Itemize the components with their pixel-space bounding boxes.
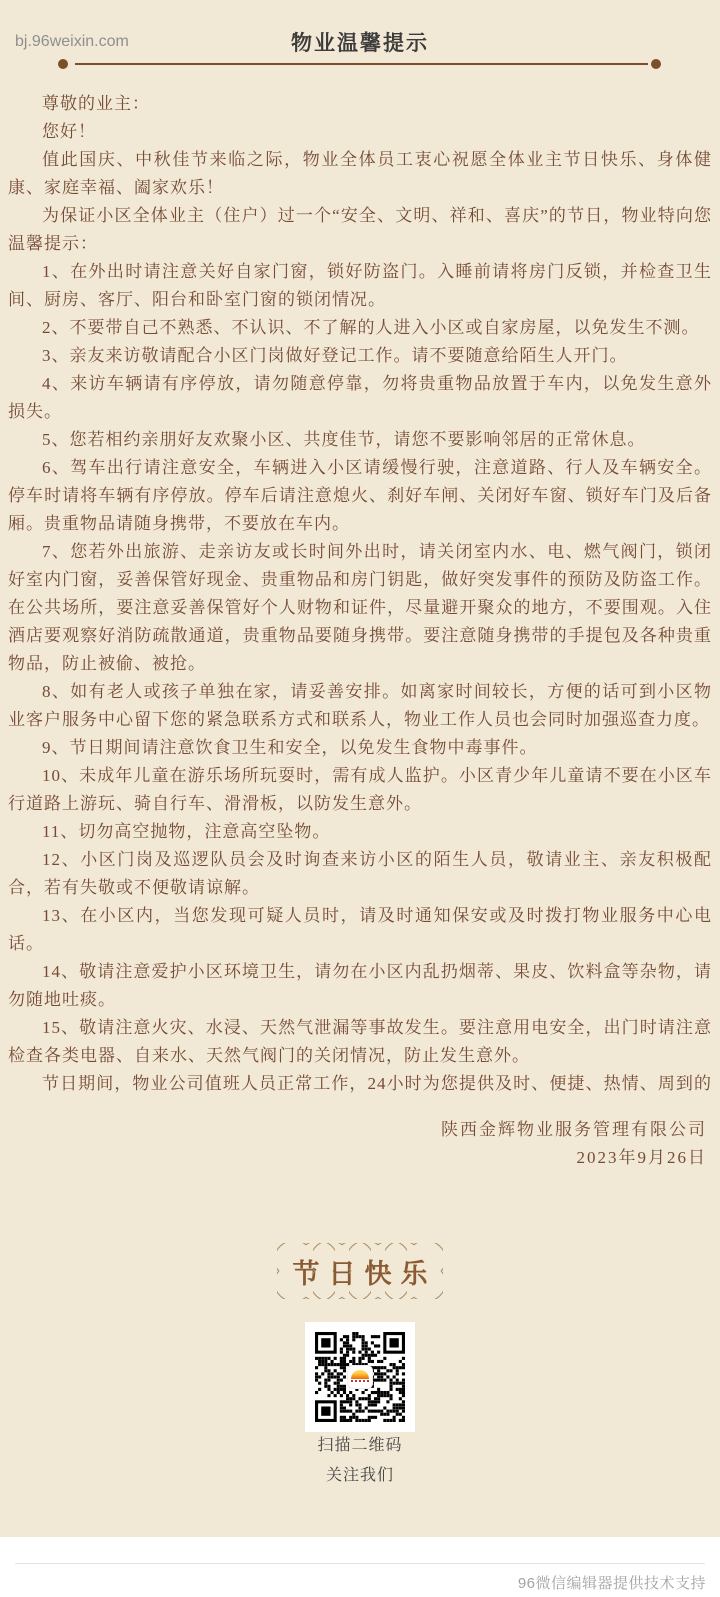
qr-card (305, 1322, 415, 1432)
signature-date: 2023年9月26日 (577, 1144, 708, 1172)
divider-line (75, 63, 648, 65)
letter-paragraph: 2、不要带自己不熟悉、不认识、不了解的人进入小区或自家房屋，以免发生不测。 (8, 314, 712, 342)
letter-paragraph: 尊敬的业主： (8, 90, 712, 118)
divider-dot-left-icon (58, 59, 68, 69)
divider-dot-right-icon (651, 59, 661, 69)
badge-cloud: 乐 (385, 1243, 443, 1299)
letter-paragraph: 6、驾车出行请注意安全，车辆进入小区请缓慢行驶，注意道路、行人及车辆安全。停车时… (8, 454, 712, 538)
badge-char: 乐 (385, 1243, 443, 1299)
letter-paragraph: 15、敬请注意火灾、水浸、天然气泄漏等事故发生。要注意用电安全，出门时请注意检查… (8, 1014, 712, 1070)
letter-paragraph: 14、敬请注意爱护小区环境卫生，请勿在小区内乱扔烟蒂、果皮、饮料盒等杂物，请勿随… (8, 958, 712, 1014)
letter-paragraph: 为保证小区全体业主（住户）过一个“安全、文明、祥和、喜庆”的节日，物业特向您温馨… (8, 202, 712, 258)
qr-caption-scan: 扫描二维码 (0, 1436, 720, 1456)
letter-paragraph: 4、来访车辆请有序停放，请勿随意停靠，勿将贵重物品放置于车内，以免发生意外损失。 (8, 370, 712, 426)
letter-paragraph: 5、您若相约亲朋好友欢聚小区、共度佳节，请您不要影响邻居的正常休息。 (8, 426, 712, 454)
letter-paragraph: 您好！ (8, 118, 712, 146)
sun-dome-icon (351, 1370, 369, 1379)
letter-paragraph: 1、在外出时请注意关好自家门窗，锁好防盗门。入睡前请将房门反锁，并检查卫生间、厨… (8, 258, 712, 314)
qr-logo-sunrise-icon (347, 1365, 373, 1389)
letter-body: 尊敬的业主：您好！值此国庆、中秋佳节来临之际，物业全体员工衷心祝愿全体业主节日快… (0, 90, 720, 1102)
letter-paragraph: 12、小区门岗及巡逻队员会及时询查来访小区的陌生人员，敬请业主、亲友积极配合，若… (8, 846, 712, 902)
letter-paragraph: 10、未成年儿童在游乐场所玩耍时，需有成人监护。小区青少年儿童请不要在小区车行道… (8, 762, 712, 818)
letter-paragraph: 3、亲友来访敬请配合小区门岗做好登记工作。请不要随意给陌生人开门。 (8, 342, 712, 370)
page-footer: bj.96weixin.com 96微信编辑器提供技术支持 (0, 1537, 720, 1597)
festival-badge: 节日快乐 (277, 1243, 443, 1299)
letter-paragraph: 节日期间，物业公司值班人员正常工作，24小时为您提供及时、便捷、热情、周到的物业… (8, 1070, 712, 1102)
qr-caption-follow: 关注我们 (0, 1466, 720, 1486)
signature-company: 陕西金辉物业服务管理有限公司 (441, 1116, 707, 1144)
footer-credit: 96微信编辑器提供技术支持 (518, 1572, 706, 1593)
letter-paragraph: 值此国庆、中秋佳节来临之际，物业全体员工衷心祝愿全体业主节日快乐、身体健康、家庭… (8, 146, 712, 202)
letter-paragraph: 11、切勿高空抛物，注意高空坠物。 (8, 818, 712, 846)
notice-page: 物业温馨提示 尊敬的业主：您好！值此国庆、中秋佳节来临之际，物业全体员工衷心祝愿… (0, 0, 720, 1597)
footer-site-link[interactable]: bj.96weixin.com (15, 33, 129, 51)
letter-paragraph: 9、节日期间请注意饮食卫生和安全，以免发生食物中毒事件。 (8, 734, 712, 762)
letter-paragraph: 13、在小区内，当您发现可疑人员时，请及时通知保安或及时拨打物业服务中心电话。 (8, 902, 712, 958)
sun-rays-dots-icon (351, 1380, 369, 1382)
footer-divider (15, 1563, 705, 1564)
title-divider (0, 58, 720, 70)
letter-paragraph: 7、您若外出旅游、走亲访友或长时间外出时，请关闭室内水、电、燃气阀门，锁闭好室内… (8, 538, 712, 678)
letter-paragraph: 8、如有老人或孩子单独在家，请妥善安排。如离家时间较长，方便的话可到小区物业客户… (8, 678, 712, 734)
